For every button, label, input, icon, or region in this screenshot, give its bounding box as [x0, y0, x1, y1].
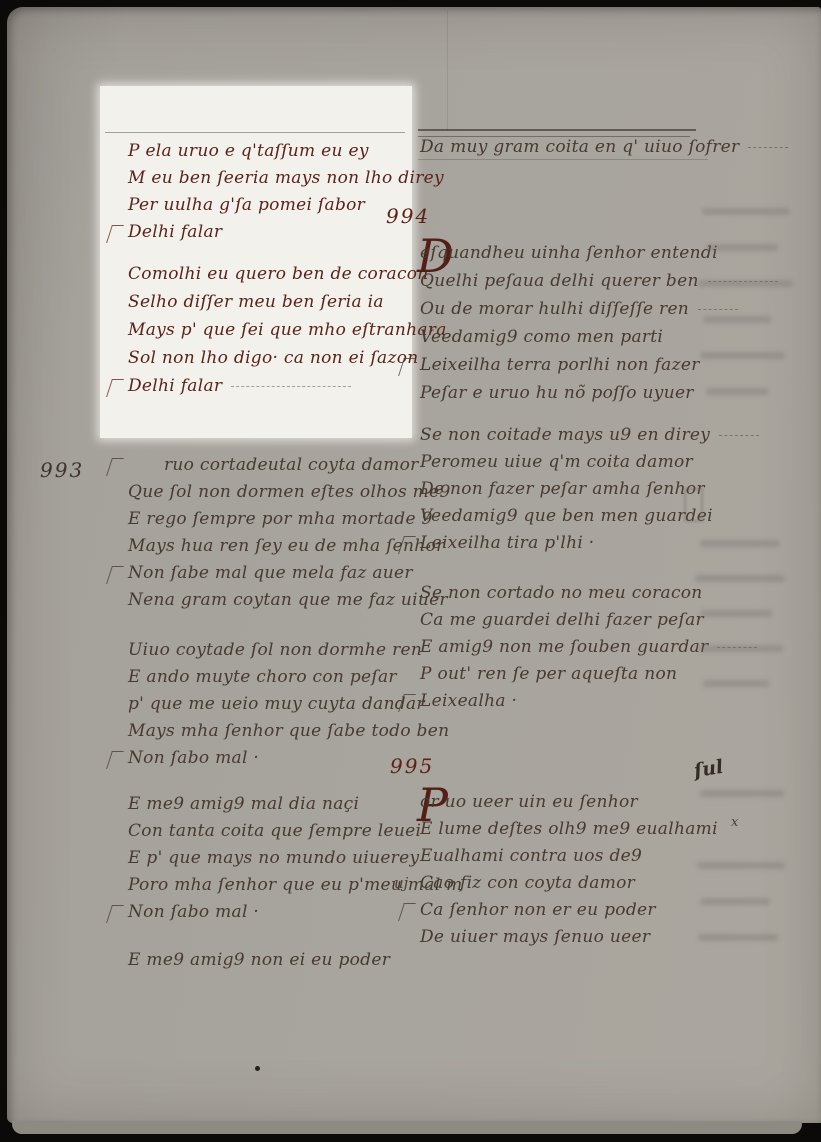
ink-dot	[255, 1066, 260, 1071]
verse-line: Cao fiz con coyta damor	[420, 873, 750, 900]
bleed-through-mark	[698, 934, 778, 941]
bleed-through-mark	[698, 645, 783, 652]
verse-line: Se non coitade mays u9 en direy	[420, 425, 750, 452]
paper-crease	[447, 10, 448, 130]
verse-line: Peromeu uiue q'm coita damor	[420, 452, 750, 479]
margin-number-993: 993	[40, 458, 84, 482]
verse-line: Mays p' que ſei que mho eſtranhara	[128, 320, 458, 348]
verse-line: Da muy gram coita en q' uiuo ſofrer	[420, 137, 750, 164]
margin-x-mark: x	[731, 815, 738, 830]
verse-line: Leixealha ·	[420, 691, 750, 718]
bleed-through-mark	[700, 898, 770, 905]
bleed-through-mark	[700, 610, 772, 617]
verse-line: Con tanta coita que ſempre leuei	[128, 821, 458, 848]
verse-line: P out' ren ſe per aqueſta non	[420, 664, 750, 691]
bleed-through-mark	[698, 280, 793, 287]
verse-line: Non ſabe mal que mela faz auer	[128, 563, 458, 590]
verse-line: E p' que mays no mundo uiuerey	[128, 848, 458, 875]
verse-line: Peſar e uruo hu nõ poſſo uyuer	[420, 383, 750, 411]
header-verse-right: Da muy gram coita en q' uiuo ſofrer	[420, 137, 750, 164]
ruled-line-left	[105, 132, 405, 133]
verse-line: Nena gram coytan que me faz uiuer	[128, 590, 458, 617]
verse-line: E me9 amig9 non ei eu poder	[128, 950, 458, 977]
verse-line: Ou de morar hulhi diſſeſſe ren	[420, 299, 750, 327]
margin-number-994: 994	[386, 204, 430, 228]
verse-line: Veedamig9 como men parti	[420, 327, 750, 355]
bleed-through-mark	[695, 575, 785, 582]
bleed-through-mark	[700, 352, 785, 359]
verse-line: E rego ſempre por mha mortade 9	[128, 509, 458, 536]
bleed-through-mark	[684, 488, 703, 522]
bleed-through-mark	[703, 680, 769, 687]
bleed-through-mark	[706, 244, 778, 251]
stanza-left-1: P ela uruo e q'taſſum eu ey M eu ben ſee…	[128, 141, 458, 249]
margin-number-995: 995	[390, 754, 434, 778]
underlying-leaf-edge	[12, 1121, 802, 1134]
verse-line: Delhi falar	[128, 376, 458, 404]
verse-line: Poro mha ſenhor que eu p'meu mal m	[128, 875, 458, 902]
verse-line: P ela uruo e q'taſſum eu ey	[128, 141, 458, 168]
verse-line: E me9 amig9 mal dia naçi	[128, 794, 458, 821]
verse-line: Se non cortado no meu coracon	[420, 583, 750, 610]
margin-scribble: ſul	[692, 756, 724, 782]
final-verse-left: E me9 amig9 non ei eu poder	[128, 950, 458, 977]
verse-line: eſquandheu uinha ſenhor entendi	[420, 243, 750, 271]
verse-line: Que ſol non dormen eſtes olhos me9	[128, 482, 458, 509]
verse-line: Leixeilha terra porlhi non fazer	[420, 355, 750, 383]
overflow-fragment: uj	[394, 874, 408, 892]
ruled-line-right-1	[418, 129, 696, 131]
verse-line: Selho diſſer meu ben ſeria ia	[128, 292, 458, 320]
bleed-through-mark	[700, 540, 780, 547]
bleed-through-mark	[703, 316, 771, 323]
bleed-through-mark	[697, 862, 785, 869]
verse-line: Mays mha ſenhor que ſabe todo ben	[128, 721, 458, 748]
bleed-through-mark	[702, 208, 790, 215]
verse-line: Uiuo coytade ſol non dormhe ren	[128, 640, 458, 667]
verse-line: ruo cortadeutal coyta damor	[128, 455, 458, 482]
verse-line: Comolhi eu quero ben de coracon	[128, 264, 458, 292]
stanza-right-1: D eſquandheu uinha ſenhor entendi Quelhi…	[420, 243, 750, 411]
verse-line: E lume deſtes olh9 me9 eualhami	[420, 819, 750, 846]
stanza-left-2: Comolhi eu quero ben de coracon Selho di…	[128, 264, 458, 404]
verse-line: M eu ben ſeeria mays non lho direy	[128, 168, 458, 195]
stanza-right-4: P or uo ueer uin eu ſenhor E lume deſtes…	[420, 792, 750, 954]
bleed-through-mark	[700, 790, 784, 797]
verse-line: E ando muyte choro con peſar	[128, 667, 458, 694]
bleed-through-mark	[706, 388, 768, 395]
